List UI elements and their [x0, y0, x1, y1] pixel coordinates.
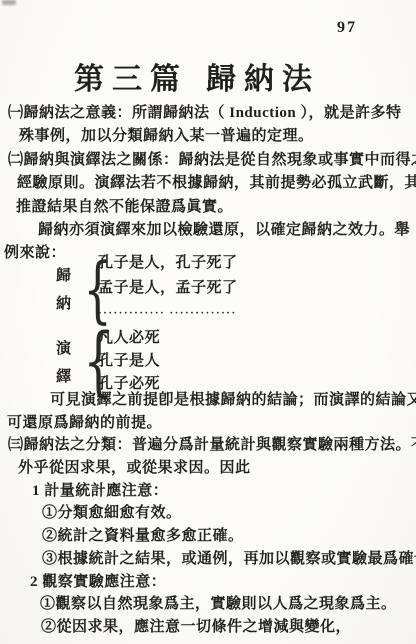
- figure-line: 孟子是人，孟子死了: [98, 276, 238, 301]
- body-line: ①觀察以自然現象爲主，實驗則以人爲之現象爲主。: [40, 593, 416, 616]
- body-line: ㈡歸納與演繹法之關係：歸納法是從自然現象或事實中而得之: [8, 149, 416, 172]
- curly-brace: {: [83, 256, 94, 322]
- body-line: 歸納亦須演繹來加以檢驗還原，以確定歸納之效力。舉: [38, 219, 416, 242]
- deduction-label-char: 演: [56, 337, 74, 358]
- deduction-label-char: 繹: [56, 365, 74, 386]
- body-line: ①分類愈細愈有效。: [42, 502, 416, 525]
- body-line: 1 計量統計應注意：: [32, 480, 416, 503]
- body-line: 2 觀察實驗應注意：: [30, 571, 416, 594]
- body-line: 可還原爲歸納的前提。: [7, 412, 416, 435]
- ellipsis-dots: ············· ·············: [98, 301, 238, 326]
- induction-label: 歸 納: [56, 264, 74, 313]
- deduction-group: 演 繹 { 凡人必死 孔子是人 孔子必死: [56, 326, 238, 396]
- induction-label-char: 歸: [56, 264, 74, 285]
- body-text-lower: 可見演繹之前提卽是根據歸納的結論；而演譯的結論又 可還原爲歸納的前提。 ㈢歸納法…: [0, 389, 416, 639]
- body-line: ㈠歸納法之意義：所謂歸納法（ Induction ），就是許多特: [8, 102, 416, 125]
- body-line: 殊事例，加以分類歸納入某一普遍的定理。: [19, 125, 416, 148]
- scanned-book-page: 97 第三篇歸納法 ㈠歸納法之意義：所謂歸納法（ Induction ），就是許…: [0, 0, 416, 644]
- body-line: 推證結果自然不能保證爲眞實。: [16, 196, 416, 219]
- body-line: 外乎從因求果，或從果求因。因此: [18, 457, 416, 480]
- scan-smudge: [2, 0, 16, 5]
- induction-group: 歸 納 { 孔子是人，孔子死了 孟子是人，孟子死了 ············· …: [56, 251, 238, 326]
- induction-lines: 孔子是人，孔子死了 孟子是人，孟子死了 ············· ······…: [98, 251, 238, 326]
- title-part-1: 第三篇: [74, 63, 188, 96]
- body-line: ②從因求果，應注意一切條件之增減與變化，: [41, 616, 416, 639]
- body-line: 經驗原則。演繹法若不根據歸納，其前提勢必孤立武斷，其: [17, 172, 416, 195]
- body-line: ③根據統計之結果，或通例，再加以觀察或實驗最爲確切: [42, 548, 416, 571]
- body-line: ㈢歸納法之分類：普遍分爲計量統計與觀察實驗兩種方法。不: [8, 434, 416, 457]
- induction-deduction-example-figure: 歸 納 { 孔子是人，孔子死了 孟子是人，孟子死了 ············· …: [56, 251, 238, 396]
- page-number: 97: [337, 19, 357, 37]
- page-title: 第三篇歸納法: [74, 54, 320, 98]
- deduction-label: 演 繹: [56, 337, 74, 386]
- title-part-2: 歸納法: [206, 63, 320, 96]
- induction-label-char: 納: [56, 292, 74, 313]
- body-line: ②統計之資料量愈多愈正確。: [42, 525, 416, 548]
- figure-line: 孔子是人，孔子死了: [98, 251, 238, 276]
- body-text-upper: ㈠歸納法之意義：所謂歸納法（ Induction ），就是許多特 殊事例，加以分…: [0, 102, 416, 266]
- curly-brace: {: [83, 326, 94, 396]
- body-line: 可見演繹之前提卽是根據歸納的結論；而演譯的結論又: [50, 389, 416, 412]
